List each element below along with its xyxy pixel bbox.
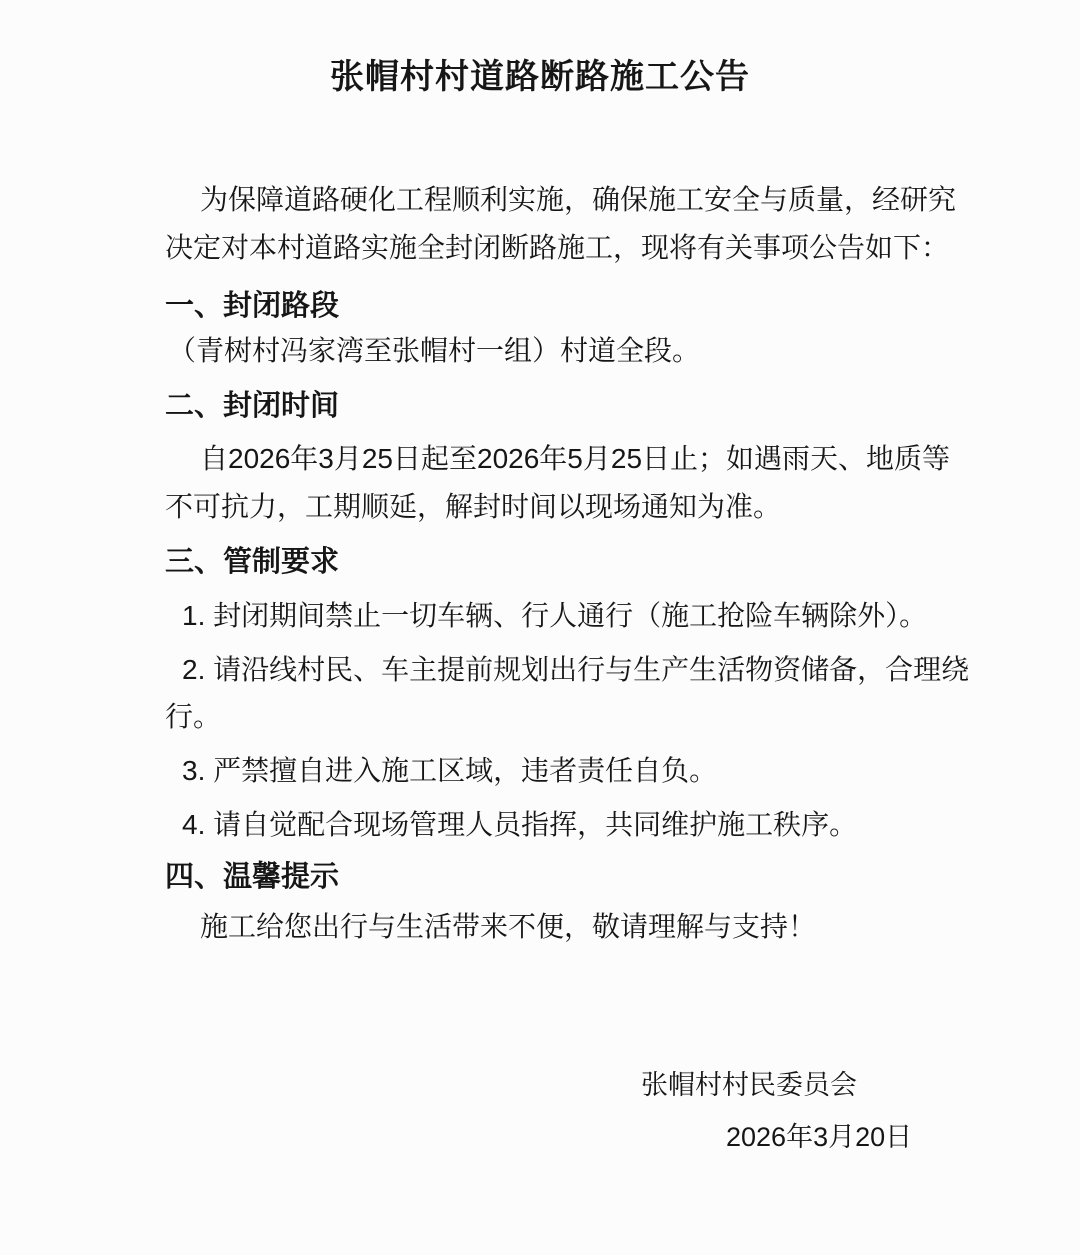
section-3-item-3: 3. 严禁擅自进入施工区域，违者责任自负。 bbox=[182, 757, 717, 785]
intro-line-2: 决定对本村道路实施全封闭断路施工，现将有关事项公告如下： bbox=[165, 234, 949, 262]
section-2-heading: 二、封闭时间 bbox=[165, 392, 339, 421]
section-3-item-2: 2. 请沿线村民、车主提前规划出行与生产生活物资储备，合理绕 bbox=[182, 656, 969, 684]
signature-organization: 张帽村村民委员会 bbox=[641, 1072, 857, 1099]
notice-title: 张帽村村道路断路施工公告 bbox=[0, 60, 1080, 94]
intro-line-1: 为保障道路硬化工程顺利实施，确保施工安全与质量，经研究 bbox=[200, 186, 956, 214]
section-4-line-1: 施工给您出行与生活带来不便，敬请理解与支持！ bbox=[200, 913, 816, 941]
notice-document: 张帽村村道路断路施工公告 为保障道路硬化工程顺利实施，确保施工安全与质量，经研究… bbox=[0, 0, 1080, 1255]
section-3-item-4: 4. 请自觉配合现场管理人员指挥，共同维护施工秩序。 bbox=[182, 811, 857, 839]
section-3-item-1: 1. 封闭期间禁止一切车辆、行人通行（施工抢险车辆除外）。 bbox=[182, 602, 927, 630]
section-4-heading: 四、温馨提示 bbox=[165, 863, 339, 892]
section-1-line-1: （青树村冯家湾至张帽村一组）村道全段。 bbox=[168, 337, 700, 365]
signature-date: 2026年3月20日 bbox=[726, 1124, 912, 1151]
section-2-line-1: 自2026年3月25日起至2026年5月25日止；如遇雨天、地质等 bbox=[200, 445, 950, 473]
section-3-heading: 三、管制要求 bbox=[165, 548, 339, 577]
section-2-line-2: 不可抗力，工期顺延，解封时间以现场通知为准。 bbox=[165, 493, 781, 521]
section-3-item-2-continuation: 行。 bbox=[165, 703, 221, 731]
section-1-heading: 一、封闭路段 bbox=[165, 292, 339, 321]
